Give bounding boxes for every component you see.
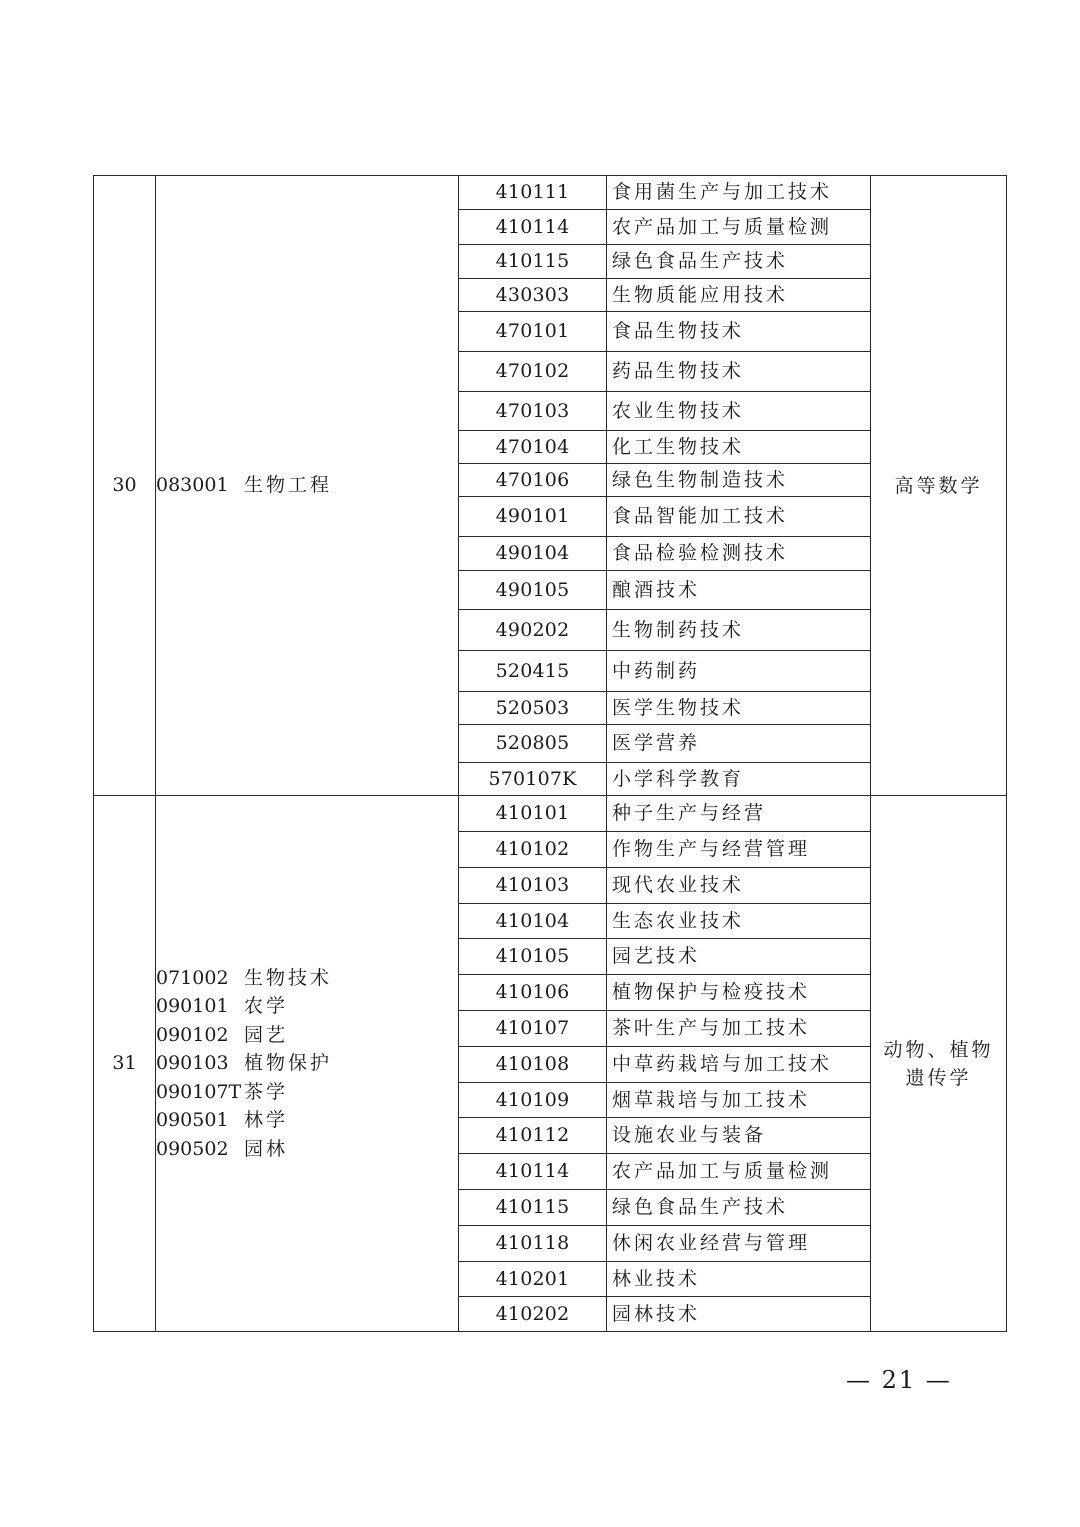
vocational-major-name: 食品智能加工技术 [607,497,871,537]
group-seq-cell: 31 [94,796,156,1332]
vocational-major-name: 生态农业技术 [607,904,871,939]
vocational-major-code: 410115 [459,1190,607,1226]
undergrad-major-name: 园林 [244,1135,288,1163]
vocational-major-code: 410108 [459,1047,607,1083]
undergrad-major-name: 农学 [244,992,288,1020]
vocational-major-name: 生物质能应用技术 [607,279,871,312]
vocational-major-code: 410104 [459,904,607,939]
undergrad-major: 090102园艺 [156,1021,458,1049]
undergrad-major: 090103植物保护 [156,1049,458,1077]
group-seq-cell: 30 [94,176,156,796]
vocational-major-name: 园艺技术 [607,939,871,975]
vocational-major-code: 490105 [459,571,607,610]
vocational-major-code: 410105 [459,939,607,975]
exam-subject-cell: 高等数学 [871,176,1007,796]
vocational-major-code: 470102 [459,352,607,392]
vocational-major-name: 休闲农业经营与管理 [607,1226,871,1262]
table-body: 30083001生物工程410111食用菌生产与加工技术高等数学410114农产… [94,176,1007,1332]
vocational-major-name: 酿酒技术 [607,571,871,610]
vocational-major-code: 410111 [459,176,607,210]
undergrad-majors-cell: 083001生物工程 [156,176,459,796]
vocational-major-name: 绿色食品生产技术 [607,1190,871,1226]
undergrad-major-code: 090101 [156,992,244,1020]
exam-subject-cell: 动物、植物遗传学 [871,796,1007,1332]
vocational-major-name: 化工生物技术 [607,431,871,464]
vocational-major-name: 种子生产与经营 [607,796,871,832]
vocational-major-code: 470103 [459,392,607,431]
vocational-major-code: 520503 [459,692,607,725]
undergrad-major: 090501林学 [156,1106,458,1134]
vocational-major-code: 520415 [459,651,607,692]
vocational-major-code: 520805 [459,725,607,763]
vocational-major-name: 中草药栽培与加工技术 [607,1047,871,1083]
vocational-major-name: 食用菌生产与加工技术 [607,176,871,210]
vocational-major-code: 570107K [459,763,607,796]
exam-subject: 动物、植物遗传学 [884,1036,994,1092]
vocational-major-name: 中药制药 [607,651,871,692]
vocational-major-code: 410118 [459,1226,607,1262]
vocational-major-code: 470106 [459,464,607,497]
undergrad-major: 090502园林 [156,1135,458,1163]
vocational-major-name: 农业生物技术 [607,392,871,431]
vocational-major-code: 410103 [459,868,607,904]
undergrad-major-code: 090107T [156,1078,244,1106]
vocational-major-name: 生物制药技术 [607,610,871,651]
vocational-major-code: 410114 [459,1154,607,1190]
vocational-major-code: 430303 [459,279,607,312]
vocational-major-name: 设施农业与装备 [607,1118,871,1154]
vocational-major-name: 农产品加工与质量检测 [607,1154,871,1190]
vocational-major-name: 食品检验检测技术 [607,537,871,571]
vocational-major-code: 470101 [459,312,607,352]
vocational-major-code: 410101 [459,796,607,832]
vocational-major-code: 410202 [459,1297,607,1332]
vocational-major-name: 现代农业技术 [607,868,871,904]
vocational-major-name: 林业技术 [607,1262,871,1297]
vocational-major-code: 490101 [459,497,607,537]
vocational-major-name: 医学生物技术 [607,692,871,725]
undergrad-major-name: 植物保护 [244,1049,332,1077]
undergrad-major: 083001生物工程 [156,471,458,499]
undergrad-major-code: 083001 [156,471,244,499]
undergrad-major: 090101农学 [156,992,458,1020]
vocational-major-name: 园林技术 [607,1297,871,1332]
vocational-major-code: 410102 [459,832,607,868]
undergrad-major-code: 090502 [156,1135,244,1163]
undergrad-major-code: 090103 [156,1049,244,1077]
vocational-major-code: 410115 [459,245,607,279]
vocational-major-code: 410106 [459,975,607,1011]
undergrad-major-code: 090102 [156,1021,244,1049]
vocational-major-name: 茶叶生产与加工技术 [607,1011,871,1047]
vocational-major-code: 490202 [459,610,607,651]
vocational-major-code: 410201 [459,1262,607,1297]
document-page: 30083001生物工程410111食用菌生产与加工技术高等数学410114农产… [0,0,1080,1527]
undergrad-major-name: 茶学 [244,1078,288,1106]
vocational-major-code: 490104 [459,537,607,571]
vocational-major-name: 植物保护与检疫技术 [607,975,871,1011]
vocational-major-name: 烟草栽培与加工技术 [607,1083,871,1118]
vocational-major-code: 410114 [459,210,607,245]
undergrad-major-name: 园艺 [244,1021,288,1049]
vocational-major-name: 农产品加工与质量检测 [607,210,871,245]
vocational-major-code: 410112 [459,1118,607,1154]
undergrad-major-code: 071002 [156,964,244,992]
vocational-major-code: 410107 [459,1011,607,1047]
page-number: — 21 — [846,1366,952,1394]
vocational-major-code: 470104 [459,431,607,464]
undergrad-major-name: 林学 [244,1106,288,1134]
undergrad-majors-cell: 071002生物技术090101农学090102园艺090103植物保护0901… [156,796,459,1332]
exam-subject: 高等数学 [884,472,994,500]
table-row: 31071002生物技术090101农学090102园艺090103植物保护09… [94,796,1007,832]
vocational-major-name: 作物生产与经营管理 [607,832,871,868]
vocational-major-name: 医学营养 [607,725,871,763]
table-row: 30083001生物工程410111食用菌生产与加工技术高等数学 [94,176,1007,210]
undergrad-major: 071002生物技术 [156,964,458,992]
vocational-major-name: 药品生物技术 [607,352,871,392]
undergrad-major: 090107T茶学 [156,1078,458,1106]
vocational-major-name: 绿色生物制造技术 [607,464,871,497]
undergrad-major-name: 生物工程 [244,471,332,499]
vocational-major-name: 绿色食品生产技术 [607,245,871,279]
vocational-major-code: 410109 [459,1083,607,1118]
major-mapping-table: 30083001生物工程410111食用菌生产与加工技术高等数学410114农产… [93,175,1007,1332]
vocational-major-name: 小学科学教育 [607,763,871,796]
vocational-major-name: 食品生物技术 [607,312,871,352]
undergrad-major-code: 090501 [156,1106,244,1134]
undergrad-major-name: 生物技术 [244,964,332,992]
